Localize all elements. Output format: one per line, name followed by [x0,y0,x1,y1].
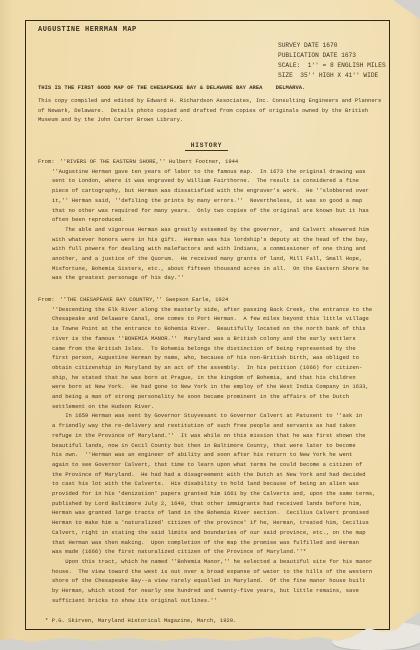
text-line: sufficient bricks to show its original o… [52,596,392,606]
text-line: again to see Governor Calvert, that time… [52,460,392,470]
text-line: ''Augustine Herman gave ten years of lab… [52,167,392,177]
text-line: Herman to make him a 'naturalized' citiz… [52,518,392,528]
text-line: river is the famous ''BOHEMIA MANOR.'' M… [52,334,392,344]
text-line: published by Lord Baltimore July 2, 1649… [52,499,392,509]
text-line: Misfortune, Bohemia Sisters, etc., about… [52,264,392,274]
intro-paragraph: This copy compiled and edited by Edward … [38,96,388,125]
footnote: * P.G. Skirven, Maryland Historical Maga… [45,616,236,626]
source-title-2: ''THE CHESAPEAKE BAY COUNTRY,'' Swepson … [52,295,392,305]
text-line: often been reproduced. [52,215,392,225]
text-line: another, and a justice of the Quorum. He… [52,254,392,264]
text-line: came from the British Isles. To Bohemia … [52,344,392,354]
text-line: settlement on the Hudson River. [52,402,392,412]
text-line: PUBLICATION DATE 1673 [278,51,386,61]
text-line: with full powers for dealing with malefa… [52,244,392,254]
text-line: the Province of Maryland. He had had a d… [52,470,392,480]
text-line: sent to London, where it was engraved by… [52,176,392,186]
paper-sheet: AUGUSTINE HERRMAN MAP SURVEY DATE 1670PU… [0,0,420,650]
quote-1-body: ''Augustine Herman gave ten years of lab… [52,167,392,283]
text-line: that no other was required for many year… [52,206,392,216]
text-line: a friendly way the re-delivery and resti… [52,421,392,431]
text-line: SIZE 35'' HIGH X 41'' WIDE [278,71,386,81]
source-title-1: ''RIVERS OF THE EASTERN SHORE,'' Hulbert… [52,157,392,167]
text-line: with whatever honors were in his gift. H… [52,235,392,245]
quote-2-body: ''Descending the Elk River along the mas… [52,305,392,606]
text-line: is Towne Point at the entrance to Bohemi… [52,324,392,334]
text-line: that Herman was then making. Upon comple… [52,538,392,548]
text-line: were born at New York. He had gone to Ne… [52,382,392,392]
text-line: it,'' Herman said, ''defiling the prints… [52,196,392,206]
text-line: In 1659 Herman was sent by Governor Stuy… [52,411,392,421]
text-line: ship, he stated that he was born at Prag… [52,373,392,383]
text-line: SCALE: 1'' = 8 ENGLISH MILES [278,61,386,71]
text-line: Calvert, right in stating the said limit… [52,528,392,538]
text-line: was the greatest personage of his day.'' [52,273,392,283]
text-line: provided for in his 'denization' papers … [52,489,392,499]
text-line: and being a man of strong personality he… [52,392,392,402]
text-line: refuge in the Province of Maryland.'' It… [52,431,392,441]
text-line: beautiful lands, now in Cecil County but… [52,441,392,451]
section-heading-wrap: HISTORY [25,134,388,152]
document-photo: AUGUSTINE HERRMAN MAP SURVEY DATE 1670PU… [0,0,420,650]
document-title: AUGUSTINE HERRMAN MAP [38,26,137,36]
text-line: The able and vigorous Herman was greatly… [52,225,392,235]
subtitle-line: THIS IS THE FIRST GOOD MAP OF THE CHESAP… [38,83,305,93]
text-line: his own. ''Herman was an engineer of abi… [52,450,392,460]
text-line: This copy compiled and edited by Edward … [38,96,388,106]
text-line: house. The view toward the west is out o… [52,567,392,577]
text-line: SURVEY DATE 1670 [278,41,386,51]
text-line: Chesapeake and Delaware Canal, one comes… [52,314,392,324]
section-heading: HISTORY [185,142,229,151]
text-line: first person, Augustine Herman by name, … [52,353,392,363]
text-line: ''Descending the Elk River along the mas… [52,305,392,315]
quote-block-1: ''RIVERS OF THE EASTERN SHORE,'' Hulbert… [52,157,392,283]
text-line: by Herman, which stood for nearly one hu… [52,586,392,596]
text-line: shore of the Chesapeake Bay--a view rare… [52,576,392,586]
quote-block-2: ''THE CHESAPEAKE BAY COUNTRY,'' Swepson … [52,295,392,606]
text-line: Museum and by the John Carter Brown Libr… [38,115,388,125]
text-line: to cast his lot with the Calverts. His d… [52,479,392,489]
map-metadata-block: SURVEY DATE 1670PUBLICATION DATE 1673SCA… [278,41,386,81]
text-line: obtain citizenship in Maryland by an act… [52,363,392,373]
text-line: Herman was granted large tracts of land … [52,508,392,518]
text-line: Upon this tract, which he named ''Bohemi… [52,557,392,567]
text-line: of Newark, Delaware. Details photo copie… [38,106,388,116]
text-line: was made (1666) the first naturalized ci… [52,547,392,557]
text-line: piece of cartography, but Herman was dis… [52,186,392,196]
